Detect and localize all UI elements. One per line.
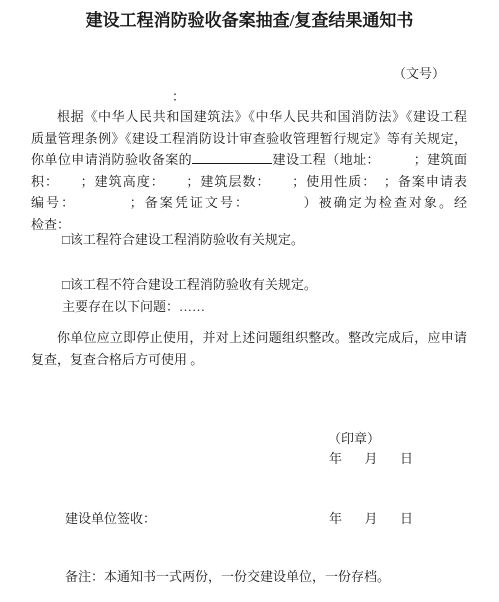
sign-date-day-label: 日 (400, 508, 413, 530)
issue-date-month-label: 月 (364, 448, 377, 470)
issues-line: 主要存在以下问题：…… (62, 296, 317, 318)
option-fail-block: □该工程不符合建设工程消防验收有关规定。 主要存在以下问题：…… (62, 274, 317, 317)
fail-option-label: 该工程不符合建设工程消防验收有关规定。 (70, 277, 317, 292)
basis-line-3-before: 你单位申请消防验收备案的 (31, 152, 192, 167)
option-pass-row: □该工程符合建设工程消防验收有关规定。 (62, 229, 304, 251)
order-line-1: 你单位应立即停止使用，并对上述问题组织整改。整改完成后，应申请 (31, 327, 467, 349)
project-name-blank-field[interactable] (192, 151, 272, 164)
basis-line-4: 积： ；建筑高度： ；建筑层数： ；使用性质： ；备案申请表 (31, 171, 467, 193)
sign-off-date-line: 年 月 日 (329, 508, 413, 530)
seal-placeholder: （印章） (328, 428, 380, 450)
issue-date-year-label: 年 (329, 448, 342, 470)
footer-note: 备注：本通知书一式两份，一份交建设单位，一份存档。 (65, 566, 390, 588)
addressee-line: ： (31, 86, 467, 108)
fail-checkbox-icon[interactable]: □ (62, 277, 70, 292)
basis-line-1: 根据《中华人民共和国建筑法》《中华人民共和国消防法》《建设工程 (31, 106, 467, 128)
legal-basis-paragraph: 根据《中华人民共和国建筑法》《中华人民共和国消防法》《建设工程 质量管理条例》《… (31, 106, 467, 235)
issue-date-line: 年 月 日 (329, 448, 413, 470)
basis-line-5: 编号： ；备案凭证文号： ）被确定为检查对象。经 (31, 192, 467, 214)
basis-line-2: 质量管理条例》《建设工程消防设计审查验收管理暂行规定》等有关规定， (31, 128, 467, 150)
sign-date-month-label: 月 (364, 508, 377, 530)
basis-line-3-after: 建设工程（地址： ；建筑面 (272, 152, 467, 167)
basis-line-3: 你单位申请消防验收备案的建设工程（地址： ；建筑面 (31, 149, 467, 171)
notice-document: 建设工程消防验收备案抽查/复查结果通知书 （文号） ： 根据《中华人民共和国建筑… (0, 0, 499, 602)
doc-number-placeholder: （文号） (393, 63, 445, 85)
sign-off-label: 建设单位签收： (65, 508, 156, 530)
pass-checkbox-icon[interactable]: □ (62, 232, 70, 247)
order-line-2: 复查，复查合格后方可使用 。 (31, 349, 467, 371)
sign-date-year-label: 年 (329, 508, 342, 530)
issue-date-day-label: 日 (400, 448, 413, 470)
option-fail-row: □该工程不符合建设工程消防验收有关规定。 (62, 274, 317, 296)
rectification-order-paragraph: 你单位应立即停止使用，并对上述问题组织整改。整改完成后，应申请 复查，复查合格后… (31, 327, 467, 370)
addressee-colon: ： (172, 89, 185, 104)
document-title: 建设工程消防验收备案抽查/复查结果通知书 (0, 9, 499, 33)
pass-option-label: 该工程符合建设工程消防验收有关规定。 (70, 232, 304, 247)
